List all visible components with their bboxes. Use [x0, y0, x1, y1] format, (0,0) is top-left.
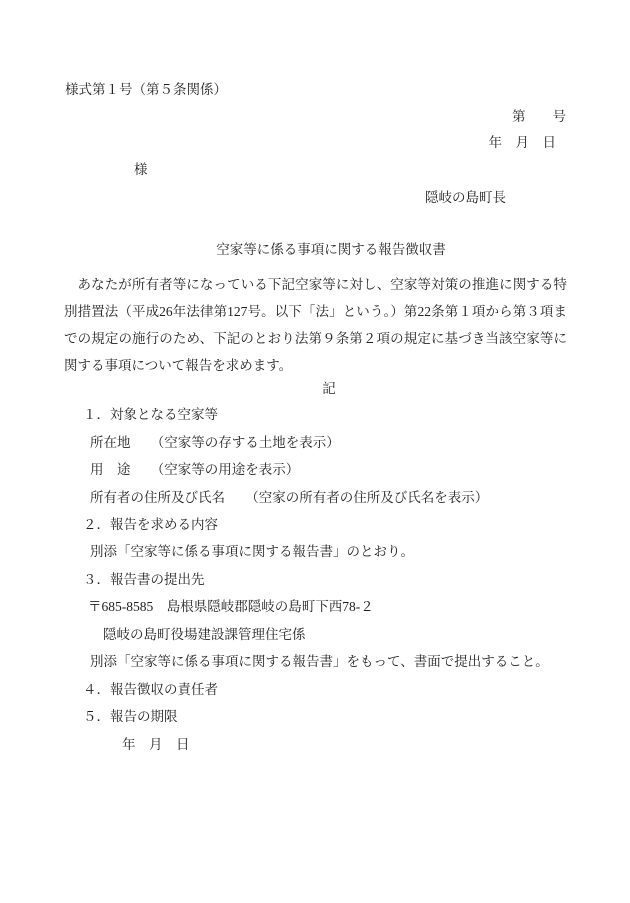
issuer-name: 隠岐の島町長 — [425, 188, 506, 208]
list-item-3-heading: ３．報告書の提出先 — [83, 570, 205, 590]
addressee-honorific: 様 — [134, 160, 148, 180]
document-number-blank: 第 号 — [512, 107, 566, 127]
form-number-label: 様式第１号（第５条関係） — [65, 80, 227, 100]
body-paragraph: あなたが所有者等になっている下記空家等に対し、空家等対策の推進に関する特別措置法… — [64, 271, 567, 379]
list-item-5-heading: ５．報告の期限 — [83, 707, 178, 727]
list-item-location: 所在地 （空家等の存する土地を表示） — [90, 433, 340, 453]
list-item-report-content: 別添「空家等に係る事項に関する報告書」のとおり。 — [90, 542, 414, 562]
list-item-1-heading: １．対象となる空家等 — [83, 405, 218, 425]
list-item-2-heading: ２．報告を求める内容 — [83, 515, 218, 535]
list-item-4-heading: ４．報告徴収の責任者 — [83, 680, 218, 700]
submission-office: 隠岐の島町役場建設課管理住宅係 — [103, 625, 306, 645]
deadline-date-blank: 年 月 日 — [122, 735, 190, 755]
list-item-owner: 所有者の住所及び氏名 （空家の所有者の住所及び氏名を表示） — [90, 488, 488, 508]
record-marker: 記 — [0, 379, 630, 399]
date-blank: 年 月 日 — [489, 133, 557, 153]
document-page: 様式第１号（第５条関係） 第 号 年 月 日 様 隠岐の島町長 空家等に係る事項… — [0, 0, 630, 903]
submission-address: 〒685-8585 島根県隠岐郡隠岐の島町下西78-２ — [88, 597, 374, 617]
list-item-usage: 用 途 （空家等の用途を表示） — [90, 460, 299, 480]
document-title: 空家等に係る事項に関する報告徴収書 — [0, 240, 630, 260]
submission-instruction: 別添「空家等に係る事項に関する報告書」をもって、書面で提出すること。 — [90, 652, 549, 672]
